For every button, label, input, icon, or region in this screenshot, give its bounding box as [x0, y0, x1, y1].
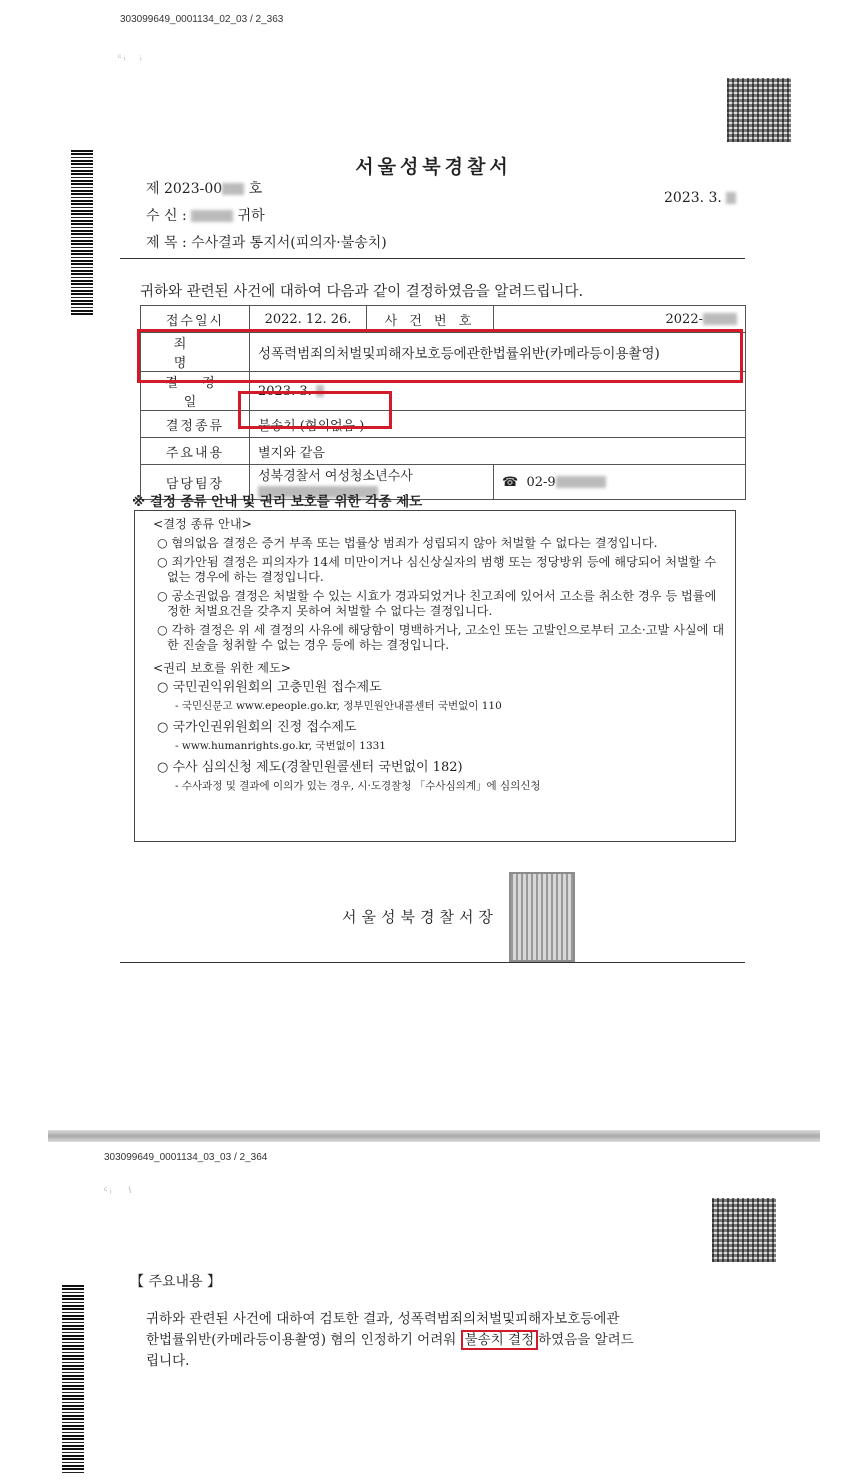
page2-file-id: 303099649_0001134_03_03 / 2_364 — [104, 1152, 267, 1163]
barcode-icon — [62, 1285, 84, 1475]
doc-number: 제 2023-00 호 — [146, 178, 262, 198]
highlight-decision-type — [238, 391, 392, 429]
guide-item: ○ 공소권없음 결정은 처벌할 수 있는 시효가 경과되었거나 친고죄에 있어서… — [157, 589, 725, 619]
guide-item: ○ 죄가안됨 결정은 피의자가 14세 미만이거나 심신상실자의 범행 또는 정… — [157, 555, 725, 585]
qr-code-icon — [712, 1198, 776, 1262]
subject: 제 목 : 수사결과 통지서(피의자·불송치) — [146, 232, 387, 252]
footer-divider — [120, 962, 745, 963]
page-separator — [48, 1130, 820, 1142]
guide-box: <결정 종류 안내> ○ 혐의없음 결정은 증거 부족 또는 법률상 범죄가 성… — [134, 510, 736, 842]
page1-file-id: 303099649_0001134_02_03 / 2_363 — [120, 14, 283, 25]
guide-heading: ※ 결정 종류 안내 및 권리 보호를 위한 각종 제도 — [132, 490, 422, 510]
scan-speck: ᶜ ᵢ ᵢ — [118, 52, 142, 62]
recipient: 수 신 : 귀하 — [146, 205, 265, 225]
section-title: 【 주요내용 】 — [130, 1271, 221, 1291]
rights-item: ○ 수사 심의신청 제도(경찰민원콜센터 국번없이 182) — [157, 760, 725, 775]
page2-body: 귀하와 관련된 사건에 대하여 검토한 결과, 성폭력범죄의처벌및피해자보호등에… — [146, 1309, 746, 1372]
signature: 서울성북경찰서장 — [342, 906, 498, 927]
doc-date: 2023. 3. — [664, 190, 736, 206]
header-divider — [120, 258, 745, 259]
table-row: 결정종류 불송치 (혐의없음 ) — [141, 411, 746, 438]
telephone-icon: ☎ — [502, 475, 518, 490]
highlight-charge-name — [137, 329, 743, 383]
official-seal-icon — [509, 872, 575, 962]
agency-title: 서울성북경찰서 — [0, 152, 867, 179]
intro-text: 귀하와 관련된 사건에 대하여 다음과 같이 결정하였음을 알려드립니다. — [140, 280, 583, 301]
main-content: 별지와 같음 — [250, 438, 746, 465]
qr-code-icon — [727, 78, 791, 142]
highlight-decision: 불송치 결정 — [461, 1330, 539, 1350]
table-row: 주요내용 별지와 같음 — [141, 438, 746, 465]
guide-item: ○ 각하 결정은 위 세 결정의 사유에 해당함이 명백하거나, 고소인 또는 … — [157, 623, 725, 653]
phone-cell: ☎ 02-9 — [494, 465, 746, 500]
scan-speck: ᶜ ᵢ \ — [104, 1185, 131, 1195]
rights-item: ○ 국가인권위원회의 진정 접수제도 — [157, 720, 725, 735]
rights-item: ○ 국민권익위원회의 고충민원 접수제도 — [157, 680, 725, 695]
guide-item: ○ 혐의없음 결정은 증거 부족 또는 법률상 범죄가 성립되지 않아 처벌할 … — [157, 536, 725, 551]
